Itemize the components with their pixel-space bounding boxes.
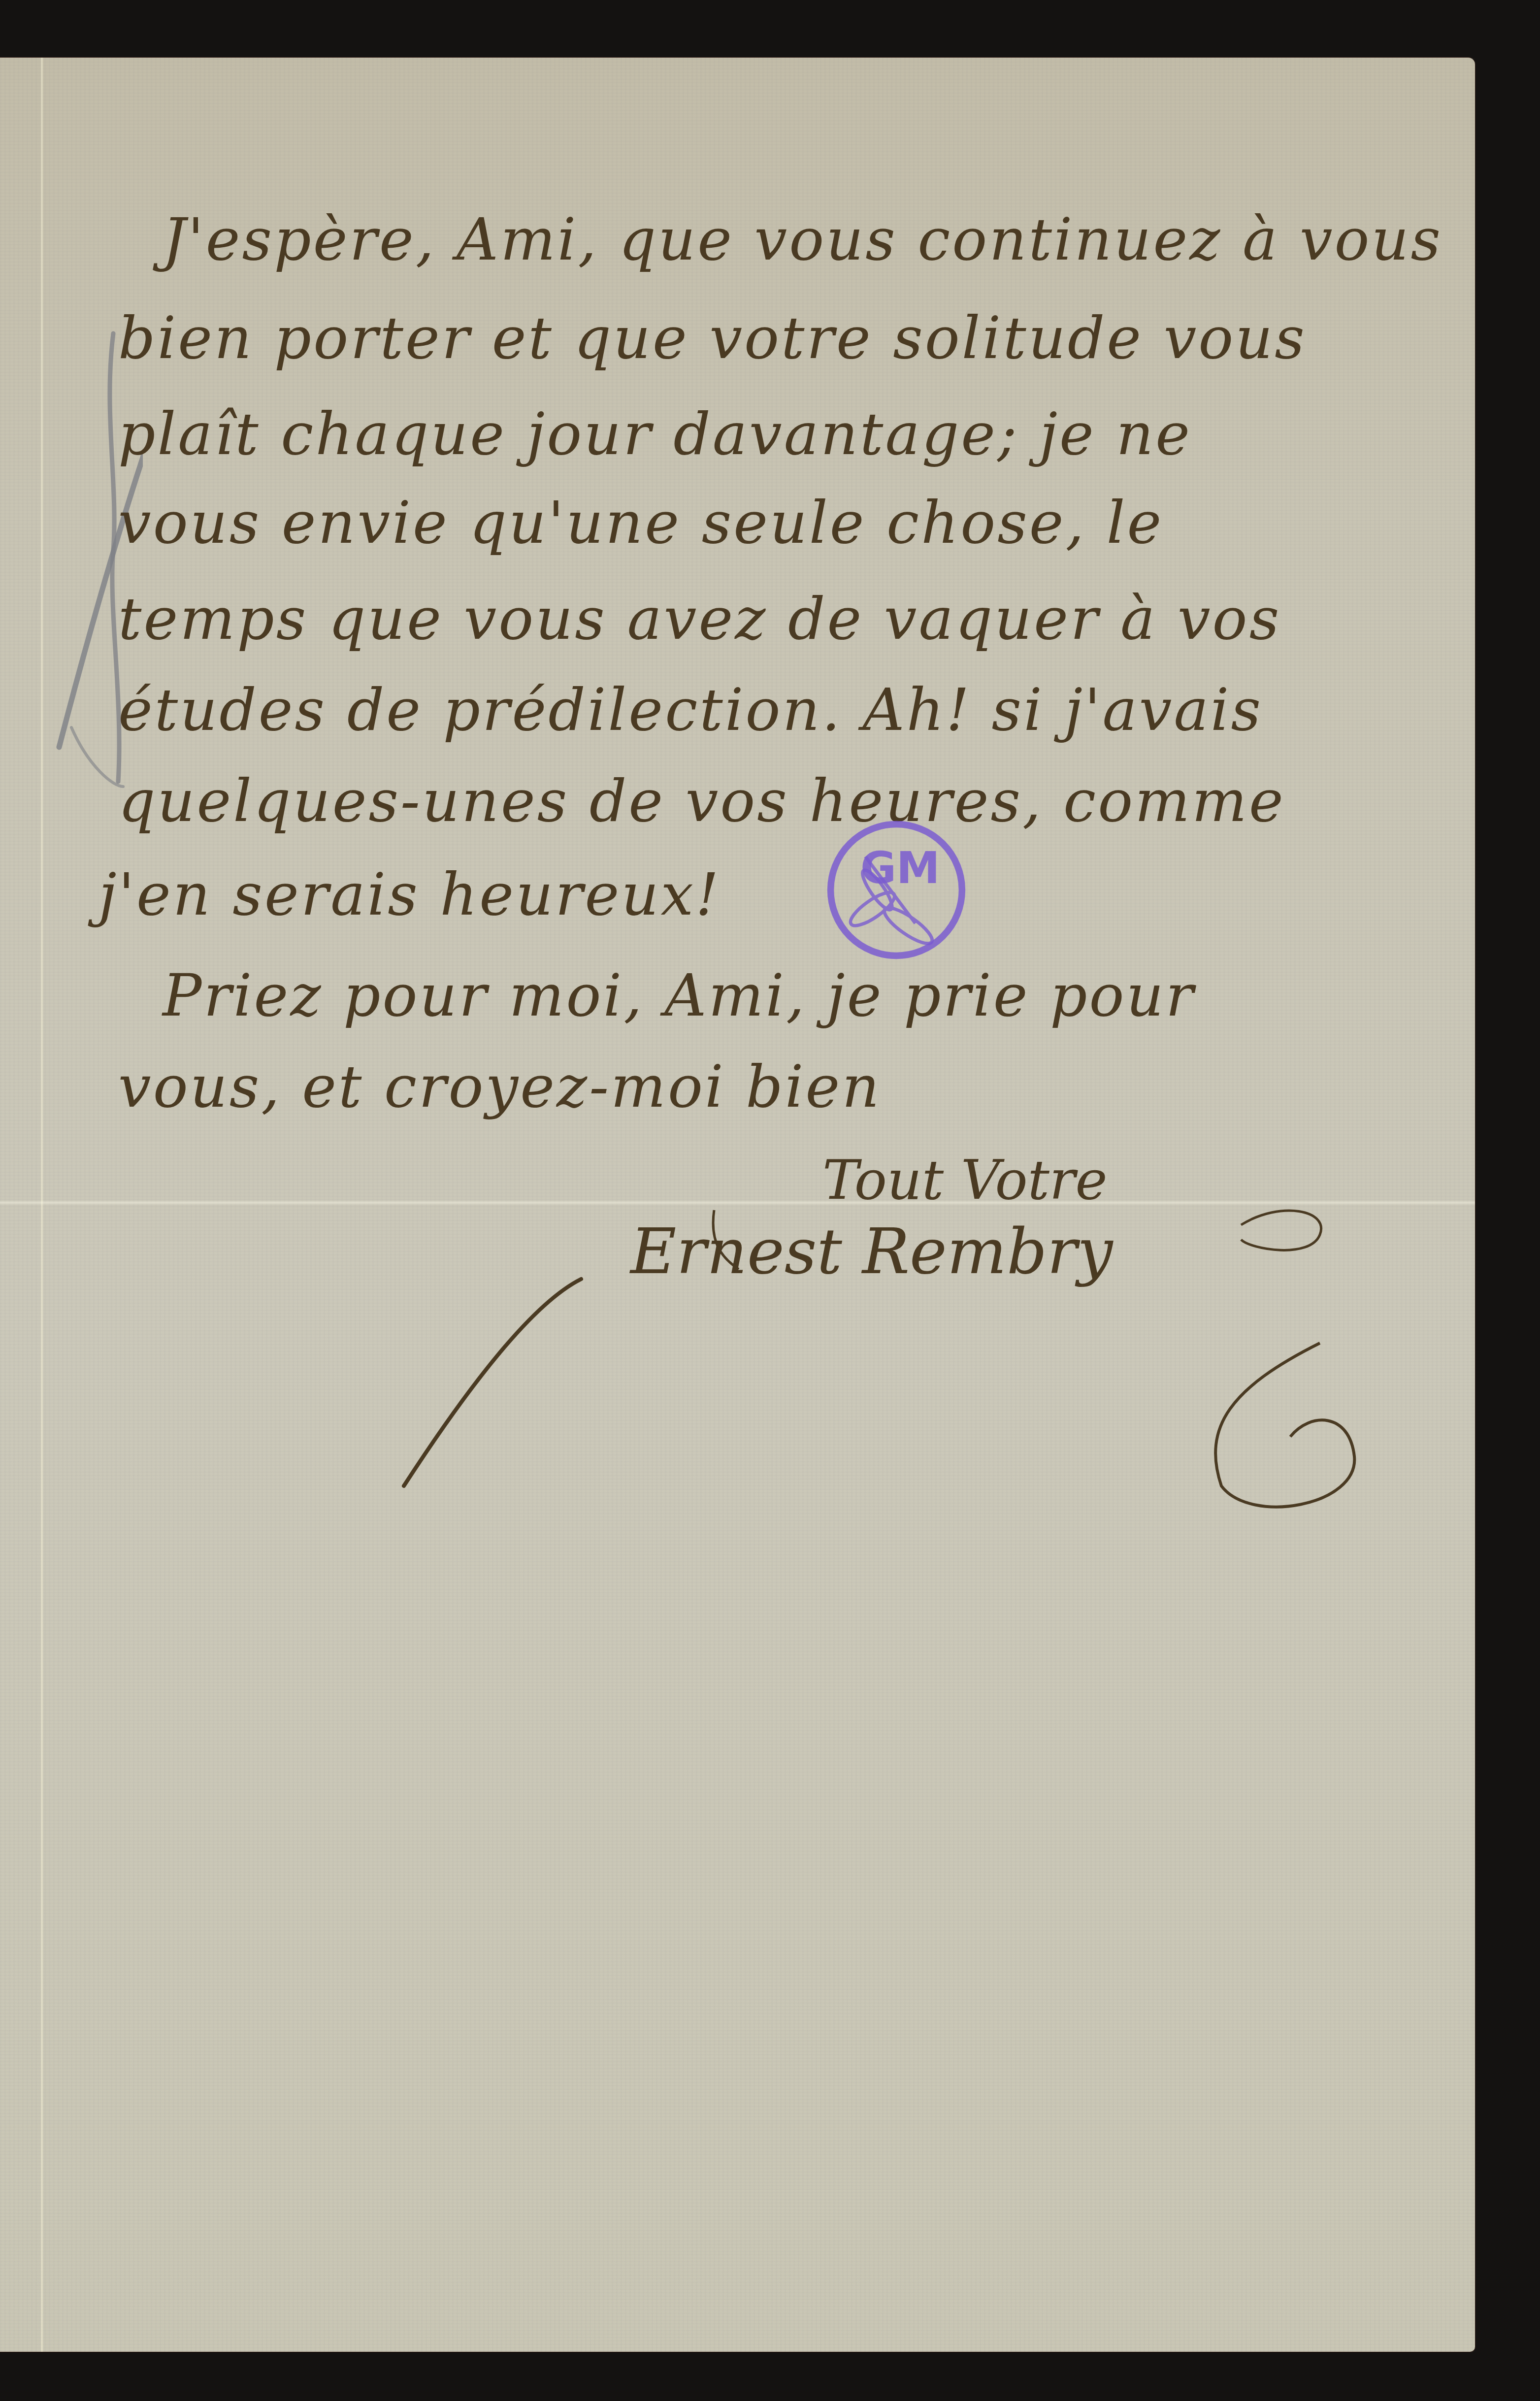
letter-line: vous, et croyez-moi bien <box>118 1052 881 1120</box>
letter-line: Priez pour moi, Ami, je prie pour <box>163 961 1195 1029</box>
letter-line: temps que vous avez de vaquer à vos <box>118 585 1281 653</box>
letter-line: études de prédilection. Ah! si j'avais <box>118 676 1263 744</box>
stamp-monogram: GM <box>860 842 940 893</box>
library-stamp: GM <box>825 819 968 961</box>
letter-line: bien porter et que votre solitude vous <box>118 304 1307 372</box>
closing-phrase: Tout Votre <box>822 1149 1108 1212</box>
signature: Ernest Rembry <box>630 1215 1113 1288</box>
letter-line: plaît chaque jour davantage; je ne <box>118 400 1192 468</box>
letter-line: vous envie qu'une seule chose, le <box>118 489 1163 557</box>
letter-line: j'en serais heureux! <box>98 860 721 928</box>
letter-line: quelques-unes de vos heures, comme <box>118 767 1285 835</box>
letter-page: J'espère, Ami, que vous continuez à vous… <box>0 58 1475 2352</box>
letter-line: J'espère, Ami, que vous continuez à vous <box>163 205 1442 273</box>
